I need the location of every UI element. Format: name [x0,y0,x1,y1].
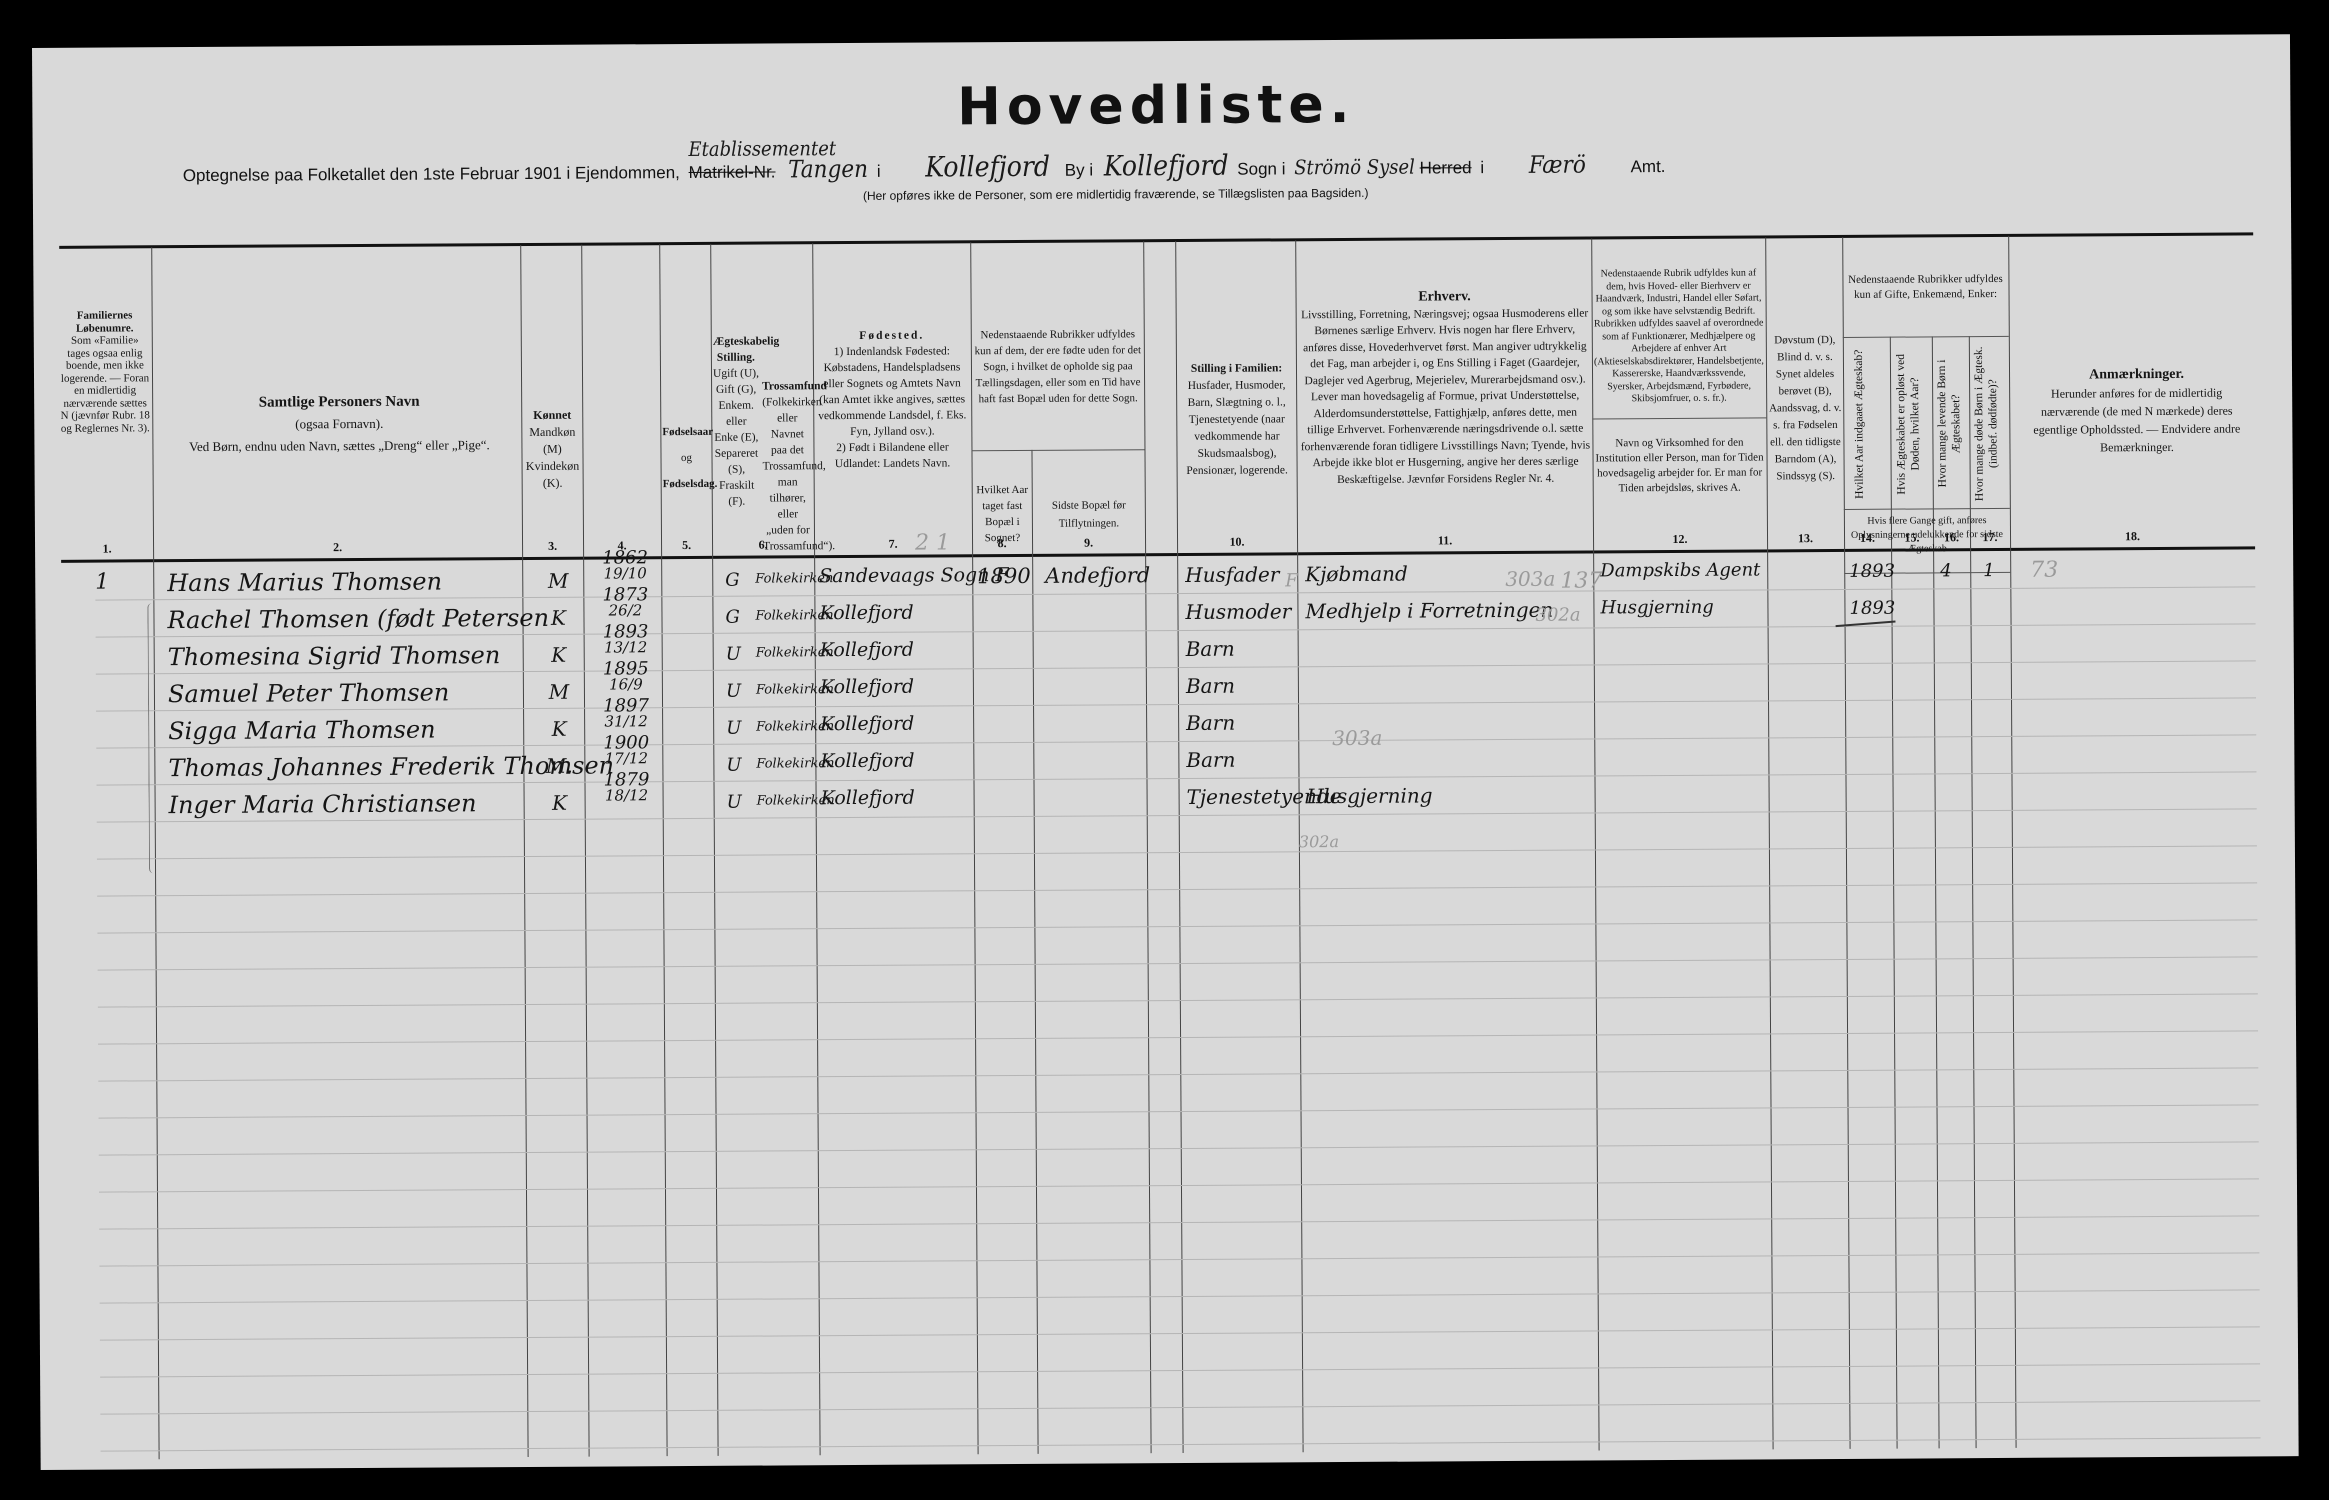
district-name: Strömö Sysel [1294,155,1415,180]
occupation: Kjøbmand [1305,562,1408,587]
occupation: Husgjerning [1307,783,1433,808]
col-divider [1932,336,1940,1448]
person-name: Sigga Maria Thomsen [168,716,436,746]
col-number: 17. [1970,530,2010,545]
col-number: 3. [522,539,583,554]
marital-status: U [727,792,742,813]
col-number: 13. [1767,531,1844,546]
header-col-11: Erhverv. Livsstilling, Forretning, Nærin… [1300,288,1591,488]
sex: K [536,717,582,741]
ruled-row-line [98,993,2258,1007]
header-col-5-title: Ægteskabelig Stilling. [713,335,780,363]
ruled-row-line [99,1215,2259,1229]
col-number: 15. [1891,530,1933,545]
pencil-code: 302a [1299,832,1339,851]
ruled-row-line [99,1252,2259,1266]
header-col-3-desc: Mandkøn (M) Kvindekøn (K). [526,425,579,490]
col-number: 9. [1032,535,1145,551]
person-name: Samuel Peter Thomsen [168,678,450,708]
header-col-8-9-group: Nedenstaaende Rubrikker udfyldes kun af … [974,326,1142,407]
birthplace: Kollefjord [821,787,915,810]
header-col-5-desc: Ugift (U), Gift (G), Enkem. eller Enke (… [713,368,759,508]
header-col-18-desc: Herunder anføres for de midlertidig nærv… [2033,386,2240,455]
birth-day: 19/10 [604,564,647,582]
person-name: Thomesina Sigrid Thomsen [168,641,501,671]
page-title: Hovedliste. [946,75,1366,138]
col-divider [1969,336,1977,1448]
header-col-11-title: Erhverv. [1418,289,1471,304]
col-divider [1842,237,1850,1449]
header-col-7-desc2: 2) Født i Bilandene eller Udlandet: Land… [835,441,950,470]
col-divider [1890,337,1898,1449]
pencil-mark: F [1285,570,1298,591]
family-role: Barn [1186,637,1235,661]
header-col-18: Anmærkninger. Herunder anføres for de mi… [2024,364,2250,456]
year-settled: 1890 [977,564,1031,588]
amt-label: Amt. [1630,157,1665,177]
parish-name: Kollefjord [1104,149,1229,183]
header-col-10-desc: Husfader, Husmoder, Barn, Slægtning o. l… [1186,379,1288,477]
sex: K [536,643,582,667]
col-number: 2. [153,539,522,556]
living-children: 4 [1940,560,1952,581]
birth-date: 1900 17/12 [596,735,656,766]
birthplace: Kollefjord [820,639,914,662]
header-col-18-title: Anmærkninger. [2089,367,2184,383]
sex: K [537,791,583,815]
dead-children: 1 [1983,560,1995,581]
header-col-2-desc2: Ved Børn, endnu uden Navn, sættes „Dreng… [189,437,490,454]
ruled-row-line [100,1289,2260,1303]
header-col-14-17-group: Nedenstaaende Rubrikker udfyldes kun af … [1845,272,2005,303]
employer: Husgjerning [1600,597,1713,619]
birth-date: 1895 16/9 [596,661,656,692]
family-number: 1 [95,570,109,595]
birth-day: 13/12 [604,638,647,656]
col-divider [1591,238,1599,1450]
ruled-lines [32,34,2290,48]
birth-date: 1897 31/12 [596,698,656,729]
header-col-1-title: Familiernes Løbenumre. [76,309,134,334]
header-col-3-title: Kønnet [533,408,571,422]
header-subdivider [1844,508,2010,510]
ruled-row-line [97,919,2257,933]
person-name: Rachel Thomsen (født Petersen [167,604,549,634]
subtitle-i: i [877,162,881,182]
header-col-1-desc: Som «Familie» tages ogsaa enlig boende, … [61,334,150,434]
header-col-4-desc2: Fødselsdag. [663,478,718,490]
subtitle-prefix: Optegnelse paa Folketallet den 1ste Febr… [183,163,680,186]
birth-day: 18/12 [605,786,648,804]
ruled-row-line [99,1178,2259,1192]
header-col-13: Døvstum (D), Blind d. v. s. Synet aldele… [1768,332,1843,485]
birthplace: Kollefjord [820,750,914,773]
header-col-11-desc: Livsstilling, Forretning, Næringsvej; og… [1301,307,1590,486]
header-subdivider [1843,336,2009,338]
header-col-2-title: Samtlige Personers Navn [259,394,420,411]
sex: K [535,606,581,630]
birthplace: Kollefjord [819,602,913,625]
ruled-row-line [97,882,2257,896]
header-col-4-desc: og [681,452,692,464]
person-name: Hans Marius Thomsen [167,568,442,598]
pencil-code: 137 [1560,568,1602,593]
pencil-code: 302a [1535,605,1580,626]
header-col-12: Navn og Virksomhed for den Institution e… [1594,435,1764,496]
ruled-row-line [100,1326,2260,1340]
col-number: 14. [1844,531,1891,546]
ruled-row-line [100,1400,2260,1414]
pencil-mark: 2 1 [915,530,950,555]
ruled-row-line [99,1141,2259,1155]
header-col-5: Ægteskabelig Stilling. Ugift (U), Gift (… [713,334,760,510]
marriage-year: 1893 [1849,598,1895,619]
header-col-16: Hvor mange levende Børn i Ægteskabet? [1935,346,1968,501]
header-subdivider [1592,417,1766,419]
county-name: Færö [1529,151,1586,179]
sex: M. [536,754,582,778]
col-number: 16. [1933,530,1970,545]
col-divider [581,245,589,1457]
ruled-row-line [98,956,2258,970]
header-col-4: Fødselsaar og Fødselsdag. [662,419,710,497]
family-role: Husmoder [1185,599,1291,624]
header-col-7-desc: 1) Indenlandsk Fødested: Købstadens, Han… [818,345,966,438]
col-number: 5. [661,538,712,553]
remarks: 73 [2030,558,2058,583]
header-col-2: Samtlige Personers Navn (ogsaa Fornavn).… [164,390,514,458]
table-top-rule [59,232,2253,248]
birth-day: 17/12 [605,749,648,767]
col-divider [970,242,978,1454]
col-number: 18. [2010,528,2255,544]
col-number: 6. [712,537,814,553]
sogn-label: Sogn i [1237,159,1285,179]
col-number: 10. [1177,534,1297,550]
header-col-15: Hvis Ægteskabet er opløst ved Døden, hvi… [1894,346,1931,501]
birth-date: 1862 19/10 [595,550,655,581]
marital-status: G [725,607,740,628]
sex: M [535,569,581,593]
family-role: Barn [1186,711,1235,735]
header-col-14: Hvilket Aar indgaaet Ægteskab? [1852,347,1889,502]
census-rows: 1 Hans Marius Thomsen M 1862 19/10 G Fol… [32,34,2290,48]
header-col-1: Familiernes Løbenumre. Som «Familie» tag… [60,309,151,435]
census-form-page: Hovedliste. Optegnelse paa Folketallet d… [32,34,2299,1470]
birth-day: 31/12 [604,712,647,730]
ruled-row-line [98,1030,2258,1044]
col-divider [1143,241,1151,1453]
handwritten-establishment: Etablissementet [688,136,836,161]
subtitle-i-2: i [1480,158,1484,178]
pencil-code: 303a [1505,567,1555,591]
marital-status: U [726,718,741,739]
header-col-4-title: Fødselsaar [662,426,713,438]
col-number: 8. [972,536,1032,551]
header-col-10: Stilling i Familien: Husfader, Husmoder,… [1179,360,1295,480]
town-name: Kollefjord [925,150,1050,184]
marital-status: G [725,570,740,591]
previous-residence: Andefjord [1045,563,1150,588]
birth-day: 16/9 [609,675,643,693]
header-col-3: Kønnet Mandkøn (M) Kvindekøn (K). [524,407,581,492]
ruled-row-line [99,1104,2259,1118]
header-col-2-desc: (ogsaa Fornavn). [295,416,383,432]
col-number: 11. [1297,532,1593,549]
ruled-row-line [101,1437,2261,1451]
ruled-row-line [98,1067,2258,1081]
birthplace: Kollefjord [820,713,914,736]
marriage-year: 1893 [1849,561,1895,582]
ruled-row-line [97,845,2257,859]
person-name: Inger Maria Christiansen [169,789,477,819]
col-divider [2008,236,2016,1448]
birth-date: 1879 18/12 [596,772,656,803]
family-bracket [147,603,158,873]
occupation: Medhjelp i Forretningen [1305,598,1553,624]
by-label: By i [1065,161,1093,181]
struck-herred-label: Herred [1420,158,1472,178]
marital-status: U [726,681,741,702]
col-number: 12. [1593,531,1767,547]
form-subtitle: Optegnelse paa Folketallet den 1ste Febr… [183,144,1983,188]
family-role: Barn [1186,748,1235,772]
birth-date: 1873 26/2 [595,587,655,618]
form-note: (Her opføres ikke de Personer, som ere m… [863,186,1369,203]
birth-day: 26/2 [609,601,643,619]
header-col-17: Hvor mange døde Børn i Ægtesk. (indbef. … [1972,346,2009,501]
header-subdivider [971,449,1144,451]
birth-date: 1893 13/12 [596,624,656,655]
ruled-row-line [100,1363,2260,1377]
header-col-7-title: Fødested. [859,330,924,342]
header-col-7: Fødested. 1) Indenlandsk Fødested: Købst… [816,327,969,472]
marital-status: U [726,755,741,776]
header-col-10-title: Stilling i Familien: [1191,362,1282,375]
employer: Dampskibs Agent [1600,559,1760,581]
header-col-6: Trossamfund (Folkekirken eller Navnet pa… [762,378,813,554]
header-col-9: Sidste Bopæl før Tilflytningen. [1035,496,1143,533]
sex: M [536,680,582,704]
pencil-code: 303a [1332,726,1382,750]
family-role: Barn [1186,674,1235,698]
header-col-12-group: Nedenstaaende Rubrik udfyldes kun af dem… [1593,267,1764,406]
family-role: Husfader [1185,562,1279,587]
marital-status: U [726,644,741,665]
birthplace: Kollefjord [820,676,914,699]
struck-matrikel-label: Matrikel-Nr. [689,162,776,183]
col-number: 1. [61,541,153,557]
